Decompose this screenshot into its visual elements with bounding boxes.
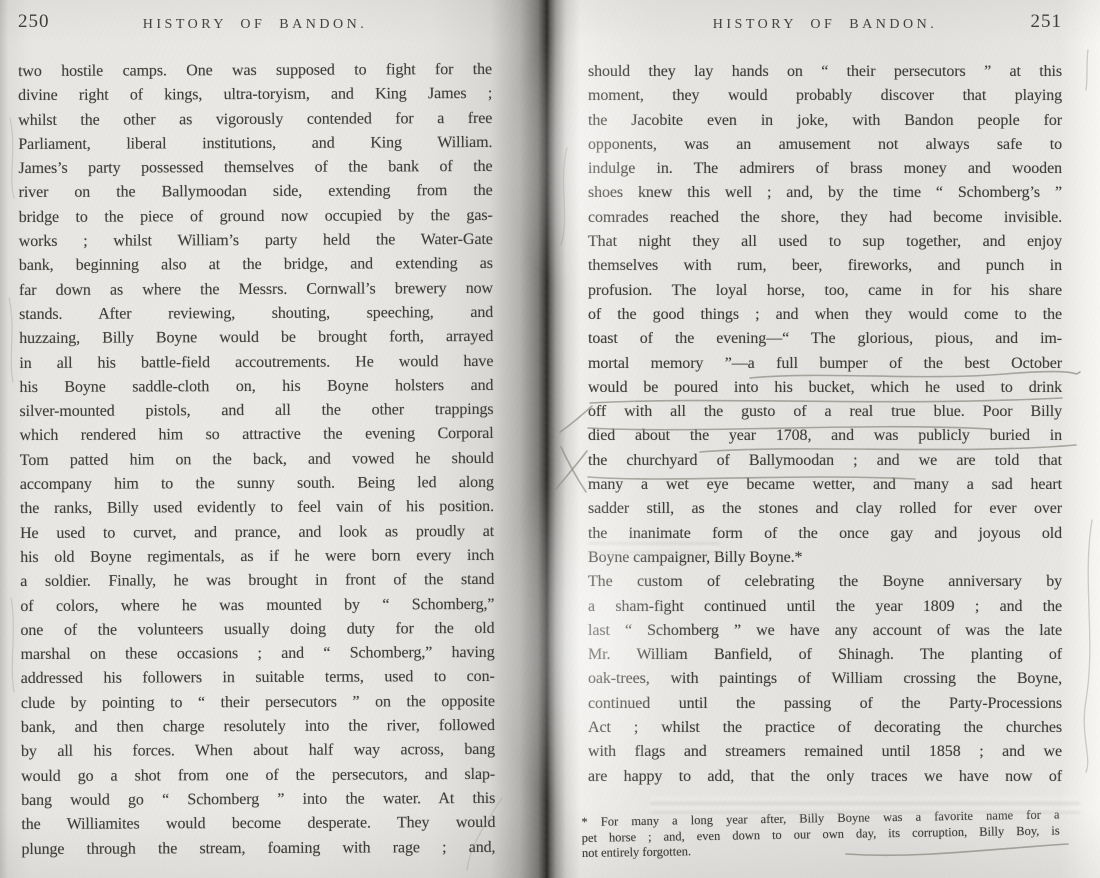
text-line: stands. After reviewing, shouting, speec… [19, 301, 493, 327]
text-line: oak-trees, with paintings of William cro… [588, 667, 1062, 691]
text-line: profusion. The loyal horse, too, came in… [588, 279, 1062, 303]
text-line: huzzaing, Billy Boyne would be brought f… [19, 325, 493, 351]
right-page-paragraph-2: The custom of celebrating the Boyne anni… [588, 570, 1062, 789]
text-line: of the good things ; and when they would… [588, 303, 1062, 327]
right-page-paragraph-1: should they lay hands on “ their persecu… [588, 60, 1062, 570]
text-line: are happy to add, that the only traces w… [588, 765, 1062, 789]
text-line: addressed his followers in suitable term… [21, 665, 495, 691]
text-line: works ; whilst William’s party held the … [19, 228, 493, 254]
text-line: the churchyard of Ballymoodan ; and we a… [588, 449, 1062, 473]
text-line: river on the Ballymoodan side, extending… [19, 179, 493, 205]
text-line: his Boyne saddle-cloth on, his Boyne hol… [19, 374, 493, 400]
text-line: in all his battle-field accoutrements. H… [19, 349, 493, 375]
text-line: by all his forces. When about half way a… [21, 738, 495, 764]
running-header-right: HISTORY OF BANDON. [588, 17, 1062, 33]
text-line: far down as where the Messrs. Cornwall’s… [19, 277, 493, 303]
text-line: comrades reached the shore, they had bec… [588, 206, 1062, 230]
text-line: Parliament, liberal institutions, and Ki… [18, 131, 492, 157]
text-line: the Jacobite even in joke, with Bandon p… [588, 109, 1062, 133]
text-line: James’s party possessed themselves of th… [18, 155, 492, 181]
text-line: He used to curvet, and prance, and look … [20, 520, 494, 546]
text-line: Boyne campaigner, Billy Boyne.* [588, 546, 1062, 570]
text-line: shoes knew this well ; and, by the time … [588, 181, 1062, 205]
text-line: should they lay hands on “ their persecu… [588, 60, 1062, 84]
text-line: one of the volunteers usually doing duty… [20, 617, 494, 643]
text-line: bang would go “ Schomberg ” into the wat… [21, 787, 495, 813]
text-line: many a wet eye became wetter, and many a… [588, 473, 1062, 497]
text-line: mortal memory ”—a full bumper of the bes… [588, 352, 1062, 376]
text-line: toast of the evening—“ The glorious, pio… [588, 327, 1062, 351]
footnote: * For many a long year after, Billy Boyn… [581, 807, 1060, 861]
text-line: would go a shot from one of the persecut… [21, 763, 495, 789]
book-scan: 250 HISTORY OF BANDON. two hostile camps… [0, 0, 1100, 878]
text-line: two hostile camps. One was supposed to f… [18, 58, 492, 84]
page-number-right: 251 [1031, 11, 1063, 33]
text-line: continued until the passing of the Party… [588, 692, 1062, 716]
text-line: whilst the other as vigorously contended… [18, 107, 492, 133]
text-line: which rendered him so attractive the eve… [20, 422, 494, 448]
text-line: of colors, where he was mounted by “ Sch… [20, 592, 494, 618]
text-line: died about the year 1708, and was public… [588, 424, 1062, 448]
text-line: the Williamites would become desperate. … [21, 811, 495, 837]
text-line: opponents, was an amusement not always s… [588, 133, 1062, 157]
text-line: his old Boyne regimentals, as if he were… [20, 544, 494, 570]
page-left-250: 250 HISTORY OF BANDON. two hostile camps… [0, 0, 540, 878]
text-line: sadder still, as the stones and clay rol… [588, 497, 1062, 521]
text-line: moment, they would probably discover tha… [588, 84, 1062, 108]
text-line: bridge to the piece of ground now occupi… [19, 204, 493, 230]
running-header-left: HISTORY OF BANDON. [18, 17, 492, 33]
text-line: with flags and streamers remained until … [588, 740, 1062, 764]
text-line: a soldier. Finally, he was brought in fr… [20, 568, 494, 594]
text-line: Mr. William Banfield, of Shinagh. The pl… [588, 643, 1062, 667]
page-right-251: HISTORY OF BANDON. 251 should they lay h… [560, 0, 1100, 878]
text-line: Tom patted him on the back, and vowed he… [20, 447, 494, 473]
text-line: a sham-fight continued until the year 18… [588, 595, 1062, 619]
text-line: off with all the gusto of a real true bl… [588, 400, 1062, 424]
right-page-text: should they lay hands on “ their persecu… [588, 60, 1062, 789]
text-line: indulge in. The admirers of brass money … [588, 157, 1062, 181]
text-line: last “ Schomberg ” we have any account o… [588, 619, 1062, 643]
left-page-text: two hostile camps. One was supposed to f… [18, 58, 495, 862]
text-line: themselves with rum, beer, fireworks, an… [588, 254, 1062, 278]
text-line: Act ; whilst the practice of decorating … [588, 716, 1062, 740]
text-line: That night they all used to sup together… [588, 230, 1062, 254]
text-line: The custom of celebrating the Boyne anni… [588, 570, 1062, 594]
text-line: clude by pointing to “ their persecutors… [21, 690, 495, 716]
text-line: marshal on these occasions ; and “ Schom… [21, 641, 495, 667]
text-line: bank, and then charge resolutely into th… [21, 714, 495, 740]
text-line: silver-mounted pistols, and all the othe… [19, 398, 493, 424]
text-line: would be poured into his bucket, which h… [588, 376, 1062, 400]
text-line: bank, beginning also at the bridge, and … [19, 252, 493, 278]
text-line: the ranks, Billy used evidently to feel … [20, 495, 494, 521]
text-line: divine right of kings, ultra-toryism, an… [18, 82, 492, 108]
text-line: plunge through the stream, foaming with … [21, 835, 495, 861]
text-line: the inanimate form of the once gay and j… [588, 522, 1062, 546]
text-line: accompany him to the sunny south. Being … [20, 471, 494, 497]
